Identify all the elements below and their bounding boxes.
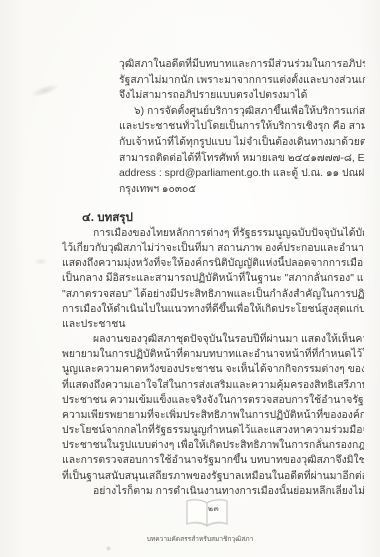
continuation-paragraph: วุฒิสภาในอดีตที่มีบทบาทและการมีส่วนร่วมใ…	[119, 57, 365, 197]
conclusion-body: การเมืองของไทยหลักการต่างๆ ที่รัฐธรรมนูญ…	[62, 226, 364, 499]
text-line: ผลงานของวุฒิสภาชุดปัจจุบันในรอบปีที่ผ่าน…	[62, 332, 364, 347]
scan-speck-artifact	[106, 546, 111, 551]
footer-caption: บทความคัดสรรสำหรับสมาชิกวุฒิสภา	[120, 533, 280, 544]
text-line: วุฒิสภาในอดีตที่มีบทบาทและการมีส่วนร่วมใ…	[119, 57, 365, 73]
open-book-icon	[183, 498, 231, 529]
text-line: กรุงเทพฯ ๑๐๓๐๕	[119, 182, 365, 198]
text-line: "สภาตรวจสอบ" ได้อย่างมีประสิทธิภาพและเป็…	[62, 287, 364, 302]
text-line: การเมืองให้ดำเนินไปในแนวทางที่ดีขึ้นเพื่…	[62, 302, 364, 317]
text-line: อย่างไรก็ตาม การดำเนินงานทางการเมืองนั้น…	[62, 484, 364, 499]
text-line: รัฐสภาไม่มากนัก เพราะมาจากการแต่งตั้งและ…	[119, 73, 365, 89]
text-line: และประชาชนทั่วไปโดยเป็นการให้บริการเชิงร…	[119, 119, 365, 135]
email-address-line: address : sprd@parliament.go.th และตู้ ป…	[119, 166, 365, 182]
text-line: ประโยชน์จากกลไกที่รัฐธรรมนูญกำหนดไว้และแ…	[62, 423, 364, 438]
scan-smudge-artifact	[34, 258, 48, 265]
text-line: ประชาชน ความเข้มแข็งและจริงจังในการตรวจส…	[62, 393, 364, 408]
list-item-6-line: ๖) การจัดตั้งศูนย์บริการวุฒิสภาขึ้นเพื่อ…	[119, 104, 365, 120]
text-line: แสดงถึงความมุ่งหวังที่จะให้องค์กรนิติบัญ…	[62, 256, 364, 271]
text-line: พยายามในการปฏิบัติหน้าที่ตามบทบาทและอำนา…	[62, 347, 364, 362]
section-heading-conclusion: ๔. บทสรุป	[82, 209, 133, 227]
text-line: และการตรวจสอบการใช้อำนาจรัฐมากขึ้น บทบาท…	[62, 453, 364, 468]
text-line: ที่แสดงถึงความเอาใจใส่ในการส่งเสริมและคว…	[62, 378, 364, 393]
text-line: และประชาชน	[62, 317, 364, 332]
text-line: กับเจ้าหน้าที่ได้ทุกรูปแบบ ไม่จำเป็นต้อง…	[119, 135, 365, 151]
text-line: ประชาชนในรูปแบบต่างๆ เพื่อให้เกิดประสิทธ…	[62, 438, 364, 453]
text-line: ความเพียรพยายามที่จะเพิ่มประสิทธิภาพในกา…	[62, 408, 364, 423]
text-line: จึงไม่สามารถอภิปรายแบบตรงไปตรงมาได้	[119, 88, 365, 104]
document-page: วุฒิสภาในอดีตที่มีบทบาทและการมีส่วนร่วมใ…	[0, 0, 380, 557]
text-line: ไว้เกี่ยวกับวุฒิสภาไม่ว่าจะเป็นที่มา สถา…	[62, 241, 364, 256]
page-number: ๒๓	[208, 503, 219, 515]
phone-number-line: สามารถติดต่อได้ที่โทรศัพท์ หมายเลข ๒๔๔๑๗…	[119, 151, 365, 167]
text-line: การเมืองของไทยหลักการต่างๆ ที่รัฐธรรมนูญ…	[62, 226, 364, 241]
text-line: เป็นกลาง มีอิสระและสามารถปฏิบัติหน้าที่ใ…	[62, 271, 364, 286]
text-line: นูญและความคาดหวังของประชาชน จะเห็นได้จาก…	[62, 362, 364, 377]
text-line: ที่เป็นฐานสนับสนุนเสถียรภาพของรัฐบาลเหมื…	[62, 469, 364, 484]
scan-smudge-artifact	[29, 82, 60, 100]
